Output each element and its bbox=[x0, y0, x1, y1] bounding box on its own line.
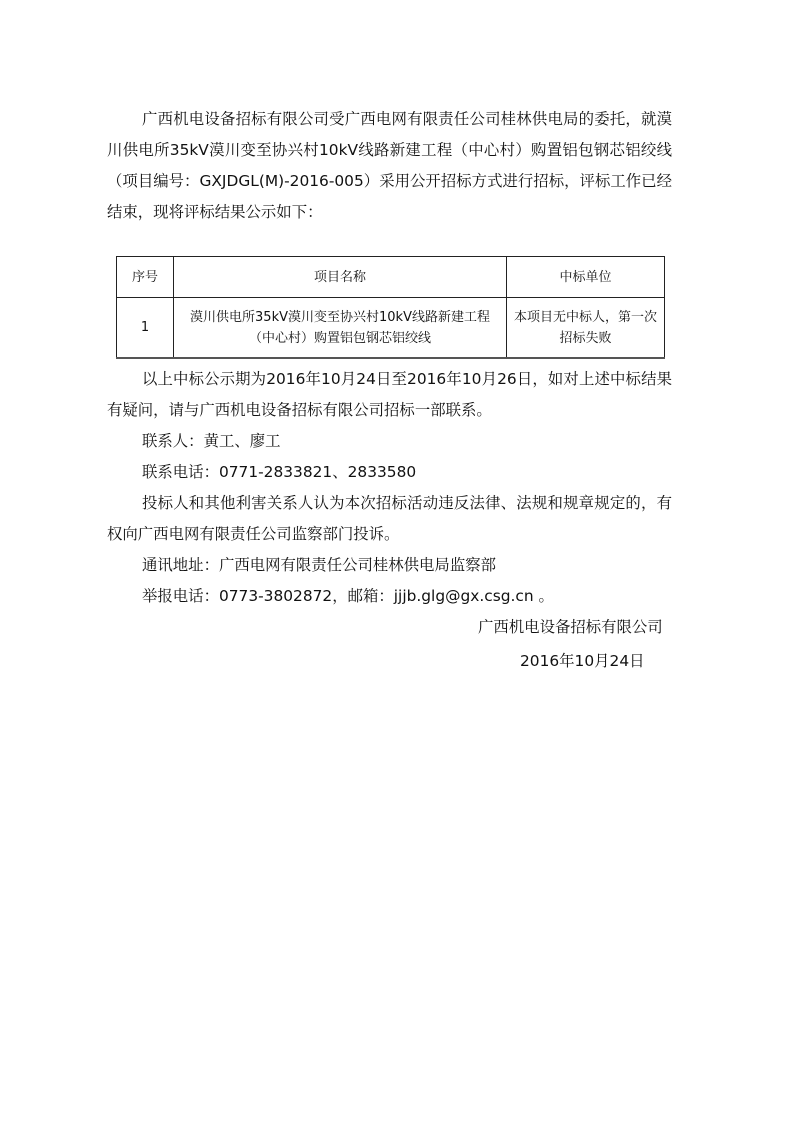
intro-paragraph: 广西机电设备招标有限公司受广西电网有限责任公司桂林供电局的委托，就漠川供电所35… bbox=[107, 104, 672, 228]
signature-date: 2016年10月24日 bbox=[520, 646, 645, 677]
intro-section: 广西机电设备招标有限公司受广西电网有限责任公司桂林供电局的委托，就漠川供电所35… bbox=[107, 104, 672, 228]
complaint-paragraph: 投标人和其他利害关系人认为本次招标活动违反法律、法规和规章规定的，有权向广西电网… bbox=[107, 488, 672, 550]
report-contact: 举报电话：0773-3802872，邮箱：jjjb.glg@gx.csg.cn … bbox=[107, 581, 672, 612]
header-winner: 中标单位 bbox=[507, 257, 665, 298]
document-page: 广西机电设备招标有限公司受广西电网有限责任公司桂林供电局的委托，就漠川供电所35… bbox=[0, 0, 793, 1122]
cell-no: 1 bbox=[117, 298, 174, 359]
cell-winner: 本项目无中标人，第一次招标失败 bbox=[507, 298, 665, 359]
signature-company: 广西机电设备招标有限公司 bbox=[478, 612, 663, 643]
contact-person: 联系人：黄工、廖工 bbox=[107, 426, 672, 457]
table-row: 1 漠川供电所35kV漠川变至协兴村10kV线路新建工程（中心村）购置铝包钢芯铝… bbox=[117, 298, 665, 359]
cell-project-name: 漠川供电所35kV漠川变至协兴村10kV线路新建工程（中心村）购置铝包钢芯铝绞线 bbox=[174, 298, 507, 359]
publicity-paragraph: 以上中标公示期为2016年10月24日至2016年10月26日，如对上述中标结果… bbox=[107, 364, 672, 426]
table-header-row: 序号 项目名称 中标单位 bbox=[117, 257, 665, 298]
contact-phone: 联系电话：0771-2833821、2833580 bbox=[107, 457, 672, 488]
header-no: 序号 bbox=[117, 257, 174, 298]
notice-section: 以上中标公示期为2016年10月24日至2016年10月26日，如对上述中标结果… bbox=[107, 364, 672, 612]
header-project-name: 项目名称 bbox=[174, 257, 507, 298]
bid-result-table: 序号 项目名称 中标单位 1 漠川供电所35kV漠川变至协兴村10kV线路新建工… bbox=[116, 256, 665, 359]
mailing-address: 通讯地址：广西电网有限责任公司桂林供电局监察部 bbox=[107, 550, 672, 581]
